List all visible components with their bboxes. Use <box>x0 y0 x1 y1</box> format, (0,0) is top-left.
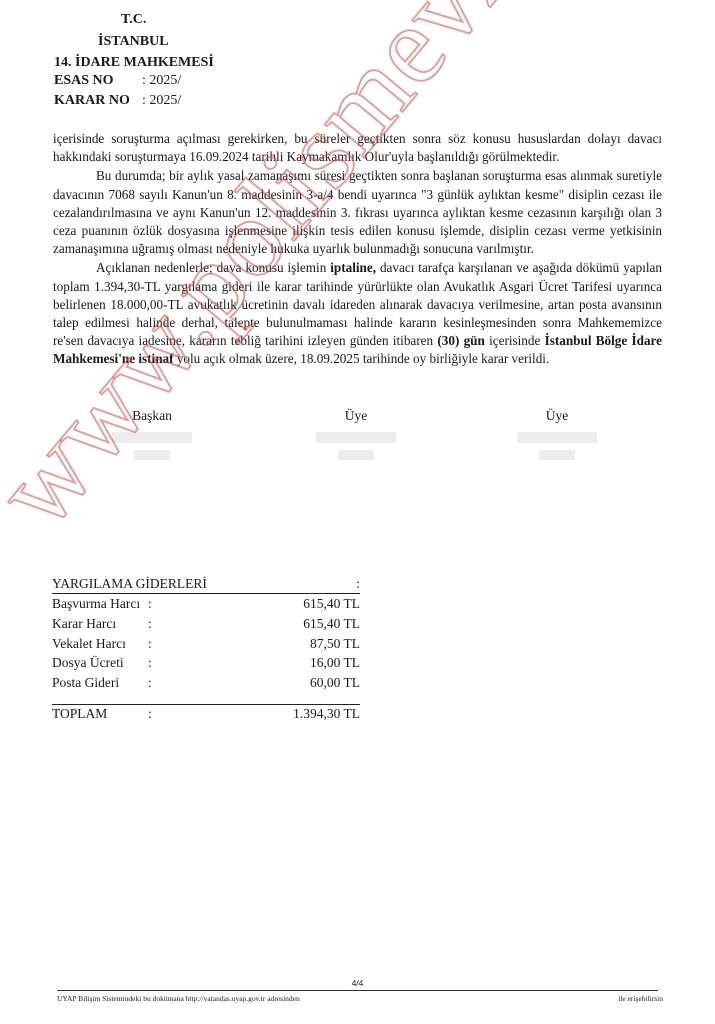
expenses-table: YARGILAMA GİDERLERİ : Başvurma Harcı:615… <box>52 575 360 723</box>
expense-row: Posta Gideri:60,00 TL <box>52 673 360 693</box>
expense-name: Dosya Ücreti <box>52 653 148 673</box>
esas-no-value: : 2025/ <box>142 73 181 88</box>
expense-amount: 16,00 TL <box>168 653 360 673</box>
expense-row: Karar Harcı:615,40 TL <box>52 614 360 634</box>
signature-president: Başkan <box>72 408 232 460</box>
signature-role: Başkan <box>72 408 232 424</box>
expense-name: Vekalet Harcı <box>52 634 148 654</box>
document-page: T.C. İSTANBUL 14. İDARE MAHKEMESİ ESAS N… <box>0 0 715 1024</box>
expense-name: Başvurma Harcı <box>52 594 148 614</box>
signature-member-2: Üye <box>477 408 637 460</box>
header-court-name: 14. İDARE MAHKEMESİ <box>54 53 214 72</box>
page-number: 4/4 <box>0 978 715 988</box>
iptaline-bold: iptaline, <box>330 260 376 275</box>
thirty-days-bold: (30) gün <box>437 333 484 348</box>
redacted-name <box>112 432 192 443</box>
paragraph-1: içerisinde soruşturma açılması gerekirke… <box>53 130 662 166</box>
expense-row: Vekalet Harcı:87,50 TL <box>52 634 360 654</box>
expense-row: Dosya Ücreti:16,00 TL <box>52 653 360 673</box>
expense-name: Karar Harcı <box>52 614 148 634</box>
expense-amount: 615,40 TL <box>168 594 360 614</box>
footer-uyap-note: UYAP Bilişim Sistemindeki bu dokümana ht… <box>57 994 300 1003</box>
expense-amount: 87,50 TL <box>168 634 360 654</box>
expense-amount: 615,40 TL <box>168 614 360 634</box>
expenses-title-row: YARGILAMA GİDERLERİ : <box>52 575 360 594</box>
total-amount: 1.394,30 TL <box>168 705 360 723</box>
redacted-name <box>517 432 597 443</box>
paragraph-2: Bu durumda; bir aylık yasal zamanaşımı s… <box>53 167 662 258</box>
decision-body: içerisinde soruşturma açılması gerekirke… <box>53 130 662 369</box>
paragraph-3: Açıklanan nedenlerle; dava konusu işlemi… <box>53 259 662 368</box>
footer-access-note: ile erişebilirsin <box>618 994 663 1003</box>
karar-no-row: KARAR NO: 2025/ <box>54 93 181 109</box>
header-city: İSTANBUL <box>98 32 169 51</box>
expense-name: Posta Gideri <box>52 673 148 693</box>
redacted-id <box>539 450 575 460</box>
expenses-title: YARGILAMA GİDERLERİ <box>52 575 207 592</box>
esas-no-label: ESAS NO <box>54 73 142 89</box>
karar-no-value: : 2025/ <box>142 93 181 108</box>
signature-member-1: Üye <box>276 408 436 460</box>
signature-role: Üye <box>276 408 436 424</box>
expenses-total-row: TOPLAM : 1.394,30 TL <box>52 705 360 723</box>
redacted-id <box>134 450 170 460</box>
esas-no-row: ESAS NO: 2025/ <box>54 73 181 89</box>
redacted-id <box>338 450 374 460</box>
footer-divider <box>57 990 658 991</box>
expense-row: Başvurma Harcı:615,40 TL <box>52 594 360 614</box>
expense-amount: 60,00 TL <box>168 673 360 693</box>
total-label: TOPLAM <box>52 705 148 723</box>
signature-role: Üye <box>477 408 637 424</box>
redacted-name <box>316 432 396 443</box>
karar-no-label: KARAR NO <box>54 93 142 109</box>
header-tc: T.C. <box>121 10 146 29</box>
